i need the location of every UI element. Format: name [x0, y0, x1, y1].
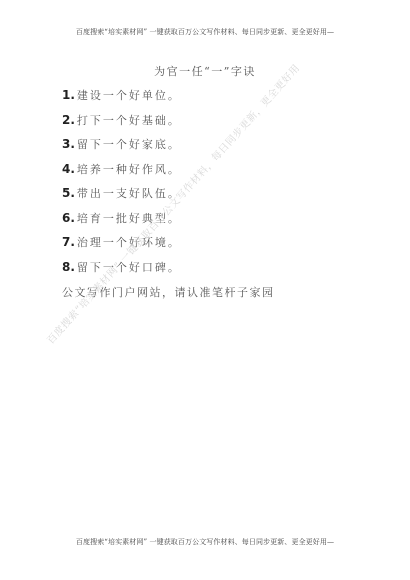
document-title: 为官一任“一”字诀	[0, 63, 410, 79]
document-page: 百度搜索“培实素材网” 一键获取百万公文写作材料、每日同步更新、更全更好用— 为…	[0, 0, 410, 580]
list-item: 4.培养一种好作风。	[62, 160, 181, 185]
list-item-number: 5.	[62, 186, 75, 200]
list-item: 6.培育一批好典型。	[62, 209, 181, 234]
list-item-text: 打下一个好基础。	[77, 114, 181, 127]
list-item: 1.建设一个好单位。	[62, 86, 181, 111]
list-item-number: 8.	[62, 260, 75, 274]
list-item-text: 留下一个好口碑。	[77, 261, 181, 274]
list-item: 8.留下一个好口碑。	[62, 258, 181, 283]
list-item-number: 1.	[62, 88, 75, 102]
page-footer: 百度搜索“培实素材网” 一键获取百万公文写作材料、每日同步更新、更全更好用—	[0, 537, 410, 547]
numbered-list: 1.建设一个好单位。 2.打下一个好基础。 3.留下一个好家底。 4.培养一种好…	[62, 86, 181, 282]
list-item-text: 培育一批好典型。	[77, 212, 181, 225]
list-item-text: 培养一种好作风。	[77, 163, 181, 176]
list-item-number: 3.	[62, 137, 75, 151]
page-header: 百度搜索“培实素材网” 一键获取百万公文写作材料、每日同步更新、更全更好用—	[0, 27, 410, 37]
list-item-number: 7.	[62, 235, 75, 249]
list-item-text: 治理一个好环境。	[77, 236, 181, 249]
list-item: 5.带出一支好队伍。	[62, 184, 181, 209]
list-item: 7.治理一个好环境。	[62, 233, 181, 258]
portal-note: 公文写作门户网站，请认准笔杆子家园	[62, 284, 275, 300]
list-item: 2.打下一个好基础。	[62, 111, 181, 136]
list-item-text: 带出一支好队伍。	[77, 187, 181, 200]
list-item: 3.留下一个好家底。	[62, 135, 181, 160]
list-item-text: 留下一个好家底。	[77, 138, 181, 151]
list-item-number: 6.	[62, 211, 75, 225]
list-item-number: 4.	[62, 162, 75, 176]
list-item-text: 建设一个好单位。	[77, 89, 181, 102]
list-item-number: 2.	[62, 113, 75, 127]
